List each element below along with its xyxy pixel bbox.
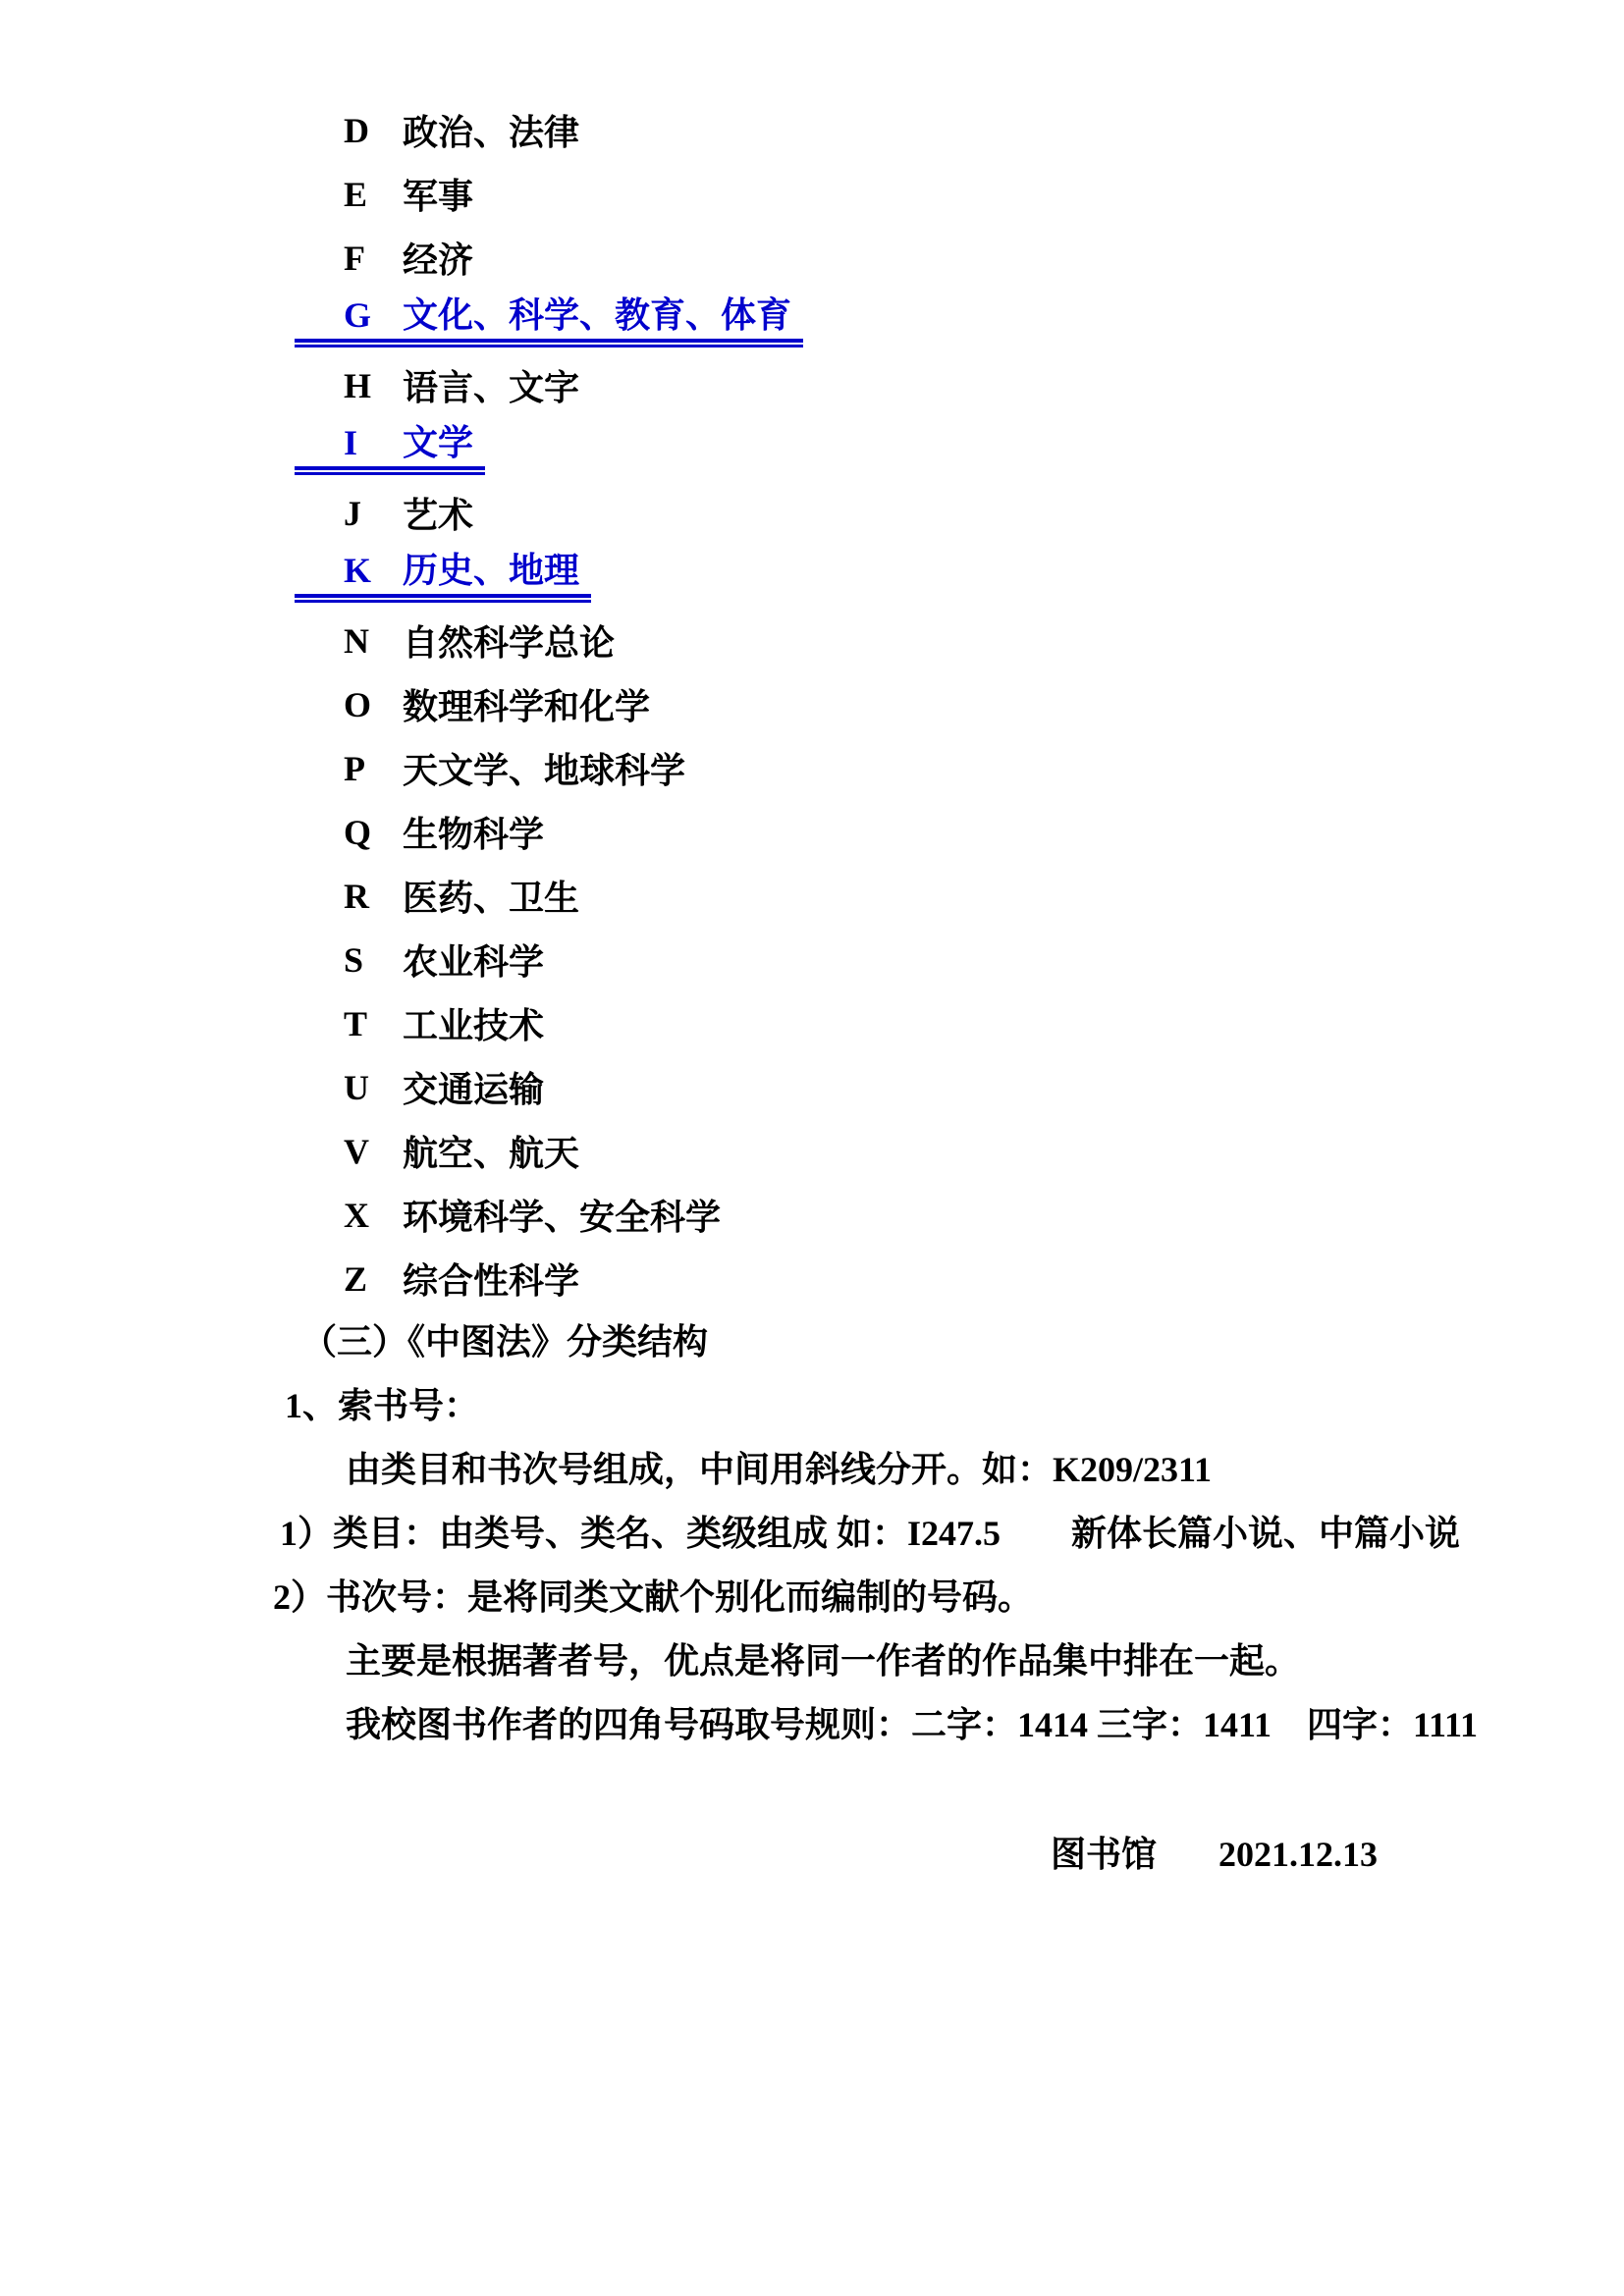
category-label: 文学: [403, 423, 473, 462]
category-label: 航空、航天: [403, 1126, 579, 1176]
category-label: 军事: [403, 169, 473, 219]
category-code: R: [344, 876, 403, 917]
category-label: 医药、卫生: [403, 871, 579, 921]
body-line-composition: 由类目和书次号组成，中间用斜线分开。如：K209/2311: [0, 1438, 1624, 1502]
category-row-E: E军事: [0, 162, 1624, 226]
category-code: P: [344, 748, 403, 789]
category-code: Z: [344, 1258, 403, 1300]
category-row-Q: Q生物科学: [0, 800, 1624, 864]
category-list: D政治、法律E军事F经济G文化、科学、教育、体育H语言、文字I文学J艺术K历史、…: [0, 98, 1624, 1310]
body-line-category: 1）类目：由类号、类名、类级组成 如：I247.5 新体长篇小说、中篇小说: [0, 1502, 1624, 1566]
category-row-N: N自然科学总论: [0, 609, 1624, 672]
category-label: 工业技术: [403, 998, 544, 1048]
category-label: 数理科学和化学: [403, 679, 650, 729]
section-heading: （三）《中图法》分类结构: [0, 1310, 1624, 1374]
category-label: 历史、地理: [403, 551, 579, 590]
category-label: 文化、科学、教育、体育: [403, 295, 791, 335]
category-code: D: [344, 110, 403, 151]
category-row-R: R医药、卫生: [0, 864, 1624, 928]
category-label: 天文学、地球科学: [403, 743, 685, 793]
category-label: 生物科学: [403, 807, 544, 857]
body-line-book-number: 2）书次号：是将同类文献个别化而编制的号码。: [0, 1566, 1624, 1629]
category-code: Q: [344, 812, 403, 853]
category-row-U: U交通运输: [0, 1055, 1624, 1119]
category-label: 政治、法律: [403, 105, 579, 155]
category-row-O: O数理科学和化学: [0, 672, 1624, 736]
category-label: 语言、文字: [403, 360, 579, 410]
category-label: 交通运输: [403, 1062, 544, 1112]
category-code: U: [344, 1067, 403, 1108]
category-row-P: P天文学、地球科学: [0, 736, 1624, 800]
category-code: K: [344, 551, 403, 591]
category-row-J: J艺术: [0, 481, 1624, 545]
item-heading-call-number: 1、索书号：: [0, 1374, 1624, 1438]
category-code: J: [344, 493, 403, 534]
body-line-author-number: 主要是根据著者号，优点是将同一作者的作品集中排在一起。: [0, 1629, 1624, 1693]
highlight-underline-outer: K历史、地理: [295, 551, 591, 602]
category-code: X: [344, 1195, 403, 1236]
highlight-underline-inner: G文化、科学、教育、体育: [295, 295, 803, 342]
category-code: G: [344, 295, 403, 336]
category-code: E: [344, 174, 403, 215]
category-row-I: I文学: [0, 417, 1624, 481]
category-row-Z: Z综合性科学: [0, 1247, 1624, 1310]
category-code: F: [344, 238, 403, 279]
category-label: 综合性科学: [403, 1254, 579, 1304]
category-row-G: G文化、科学、教育、体育: [0, 290, 1624, 353]
category-label: 农业科学: [403, 934, 544, 985]
category-row-F: F经济: [0, 226, 1624, 290]
category-code: N: [344, 620, 403, 662]
category-code: T: [344, 1003, 403, 1044]
category-label: 经济: [403, 233, 473, 283]
category-row-S: S农业科学: [0, 928, 1624, 991]
category-code: H: [344, 365, 403, 406]
category-label: 自然科学总论: [403, 615, 615, 666]
category-row-V: V航空、航天: [0, 1119, 1624, 1183]
category-label: 环境科学、安全科学: [403, 1190, 721, 1240]
category-row-T: T工业技术: [0, 991, 1624, 1055]
category-row-H: H语言、文字: [0, 353, 1624, 417]
signature-line: 图书馆2021.12.13: [0, 1823, 1624, 1887]
category-code: V: [344, 1131, 403, 1172]
category-label: 艺术: [403, 488, 473, 538]
category-code: S: [344, 939, 403, 981]
document-page: D政治、法律E军事F经济G文化、科学、教育、体育H语言、文字I文学J艺术K历史、…: [0, 0, 1624, 2296]
signature-org: 图书馆: [1051, 1835, 1157, 1874]
category-row-K: K历史、地理: [0, 545, 1624, 609]
category-code: O: [344, 684, 403, 725]
highlight-underline-outer: I文学: [295, 423, 485, 474]
category-code: I: [344, 423, 403, 463]
highlight-underline-inner: K历史、地理: [295, 551, 591, 597]
category-row-D: D政治、法律: [0, 98, 1624, 162]
category-row-X: X环境科学、安全科学: [0, 1183, 1624, 1247]
signature-date: 2021.12.13: [1218, 1835, 1378, 1874]
body-line-four-corner-rules: 我校图书作者的四角号码取号规则：二字：1414 三字：1411 四字：1111: [0, 1693, 1624, 1757]
highlight-underline-inner: I文学: [295, 423, 485, 469]
highlight-underline-outer: G文化、科学、教育、体育: [295, 295, 803, 347]
